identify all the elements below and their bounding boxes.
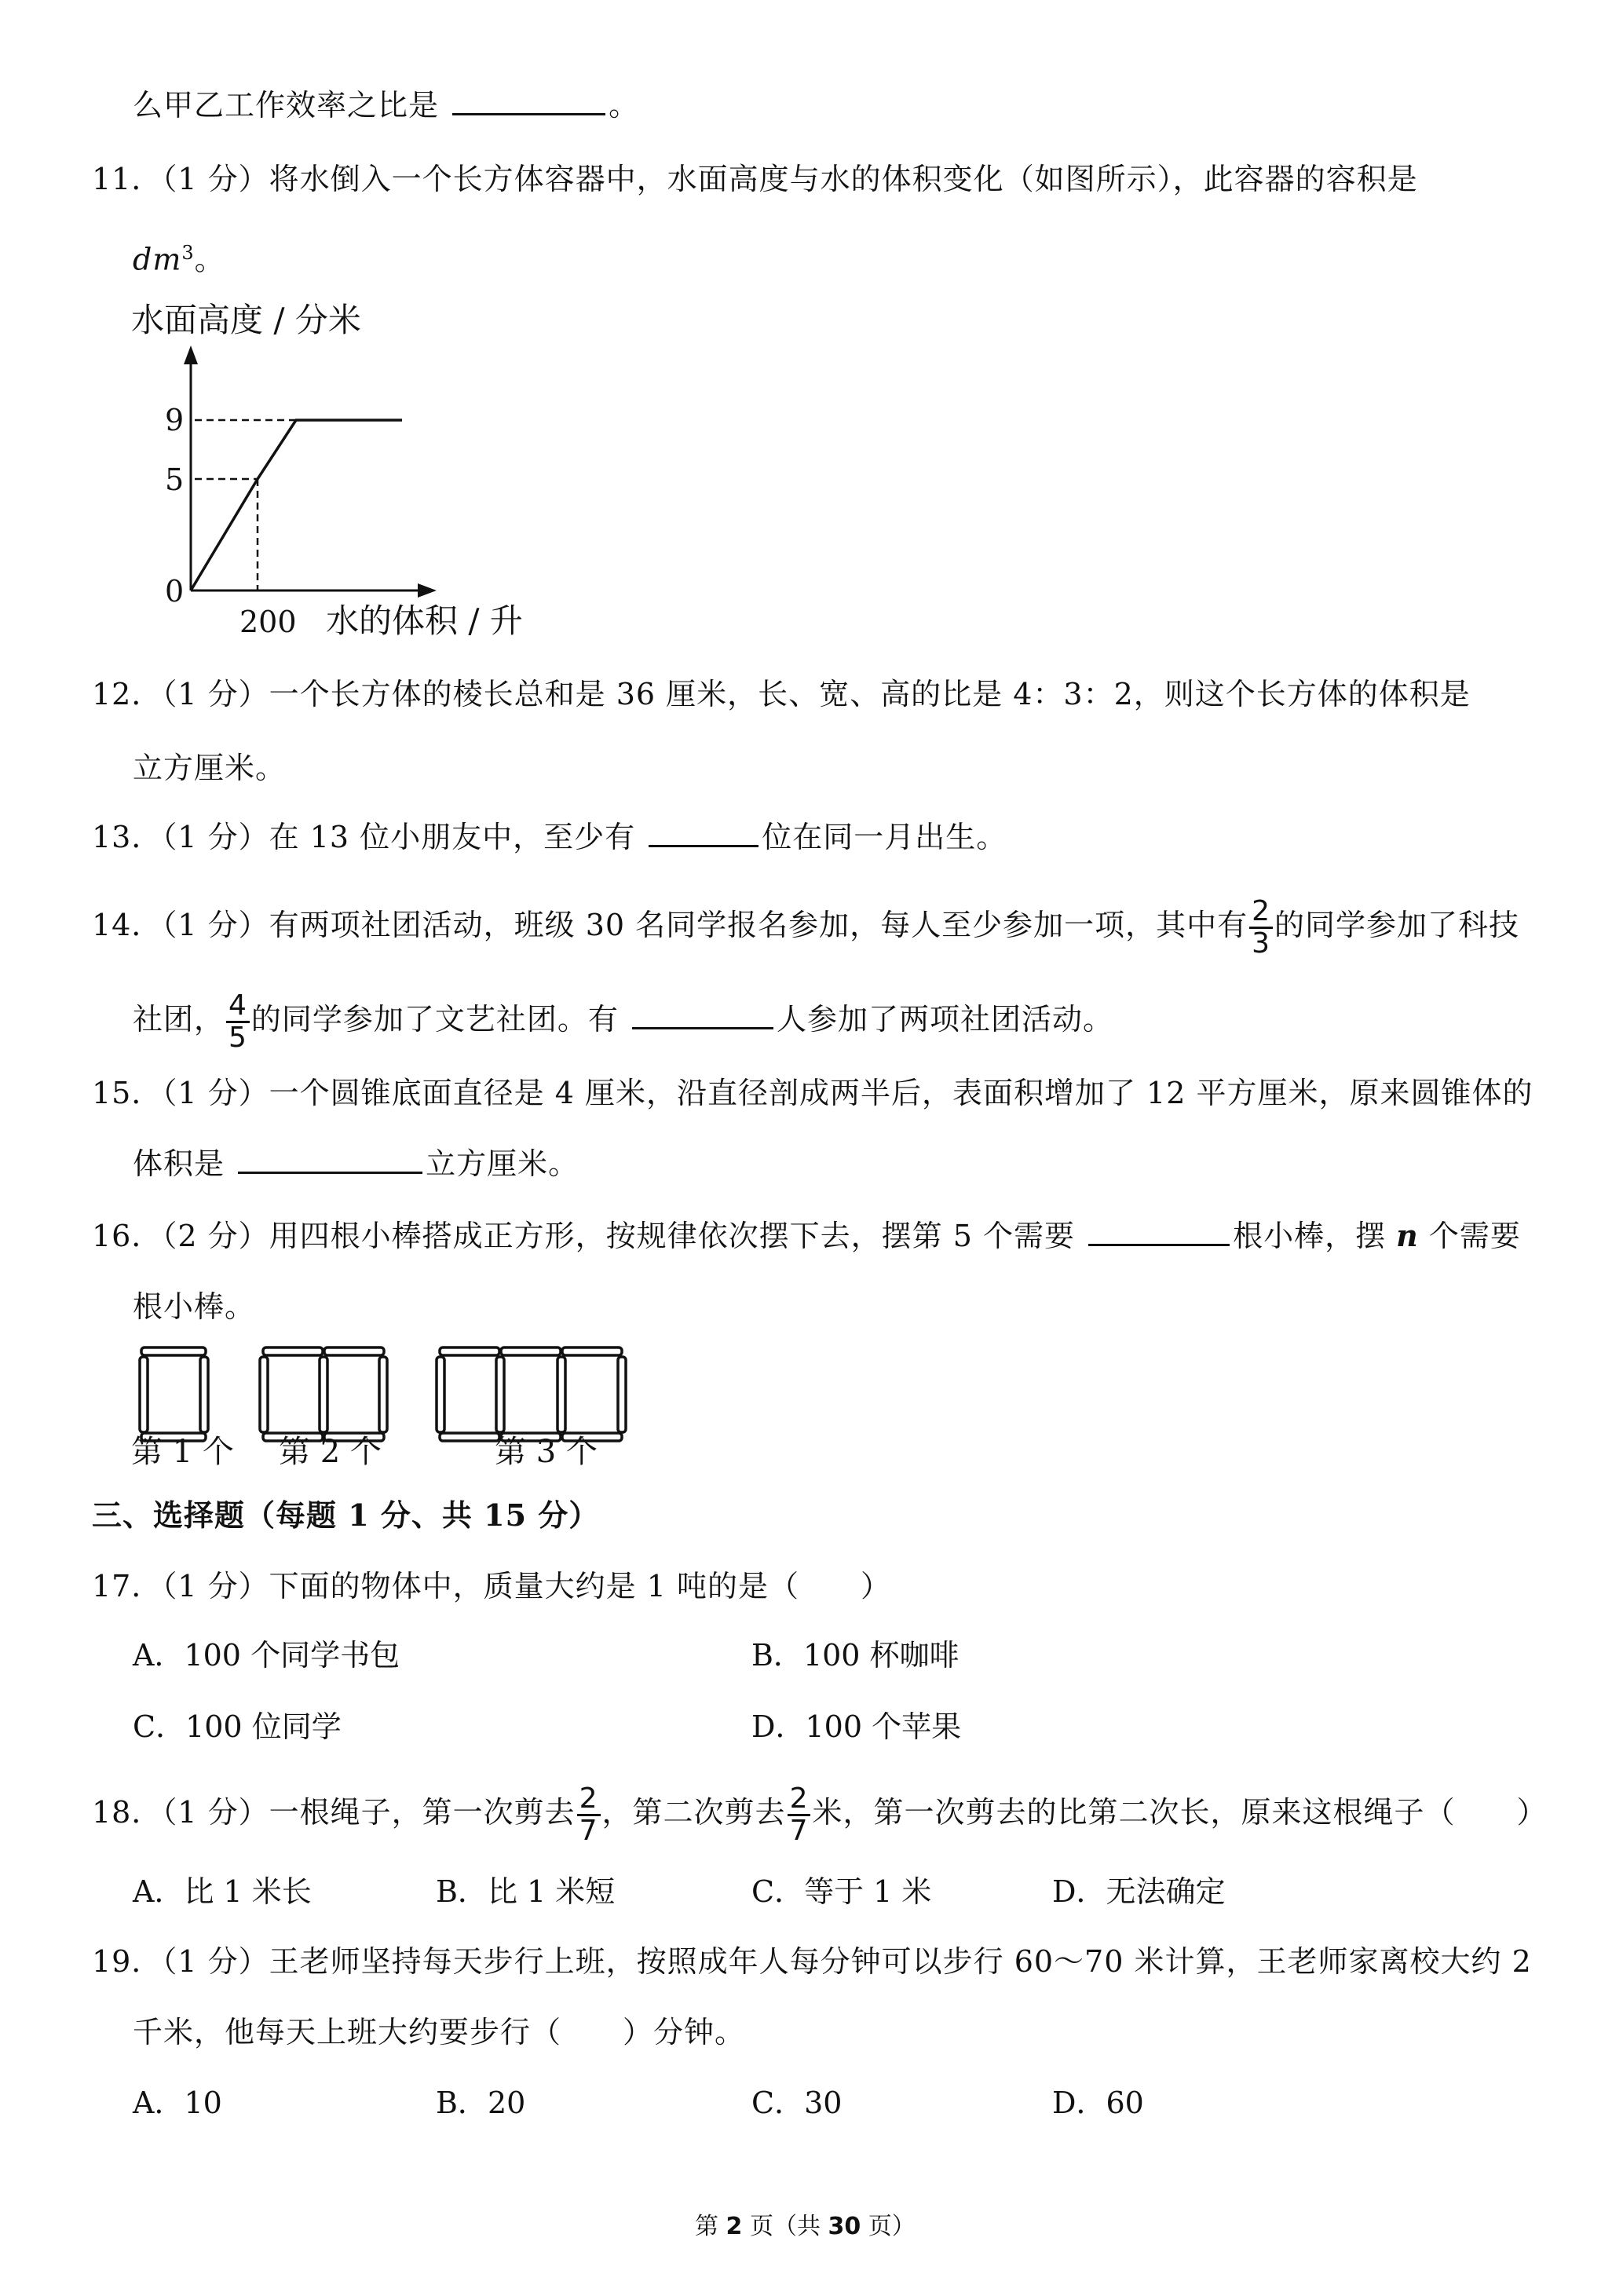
figure-label-2: 第 2 个 <box>279 1434 382 1470</box>
question-number: 14．（1 分） <box>92 908 269 942</box>
q12-text-2: 立方厘米。 <box>133 751 286 785</box>
unit: dm <box>133 243 181 277</box>
q11-text: 将水倒入一个长方体容器中，水面高度与水的体积变化（如图所示），此容器的容积是 <box>269 162 1418 196</box>
water-height-chart: 水面高度 / 分米 9 5 0 200 水的体积 / 升 <box>118 291 557 652</box>
q15-text-3: 立方厘米。 <box>426 1146 579 1181</box>
q17-option-d[interactable]: D．100 个苹果 <box>751 1708 961 1746</box>
q12-line2: 立方厘米。 <box>133 749 286 787</box>
answer-blank[interactable] <box>632 1000 773 1029</box>
q19-line1: 19．（1 分）王老师坚持每天步行上班，按照成年人每分钟可以步行 60～70 米… <box>92 1943 1532 1980</box>
question-number: 17．（1 分） <box>92 1569 269 1603</box>
q16-line1: 16．（2 分）用四根小棒搭成正方形，按规律依次摆下去，摆第 5 个需要 根小棒… <box>92 1217 1521 1255</box>
y-tick-0: 0 <box>165 574 184 609</box>
q14-text-3: 社团， <box>133 1002 225 1036</box>
q17-line: 17．（1 分）下面的物体中，质量大约是 1 吨的是（ ） <box>92 1567 891 1605</box>
unit-exponent: 3 <box>181 242 194 264</box>
q18-text-2: ，第二次剪去 <box>602 1795 786 1830</box>
punct: 。 <box>195 243 225 277</box>
q10-tail-text: 么甲乙工作效率之比是 <box>133 88 439 122</box>
q15-text: 一个圆锥底面直径是 4 厘米，沿直径剖成两半后，表面积增加了 12 平方厘米，原… <box>269 1076 1533 1110</box>
q13-text-2: 位在同一月出生。 <box>762 820 1007 854</box>
y-tick-9: 9 <box>165 403 184 437</box>
q16-text-3: 个需要 <box>1429 1219 1521 1253</box>
q13-text: 在 13 位小朋友中，至少有 <box>269 820 636 854</box>
question-number: 18．（1 分） <box>92 1795 269 1830</box>
q17-option-b[interactable]: B．100 杯咖啡 <box>751 1636 960 1674</box>
q19-option-d[interactable]: D．60 <box>1052 2084 1144 2122</box>
q19-text: 王老师坚持每天步行上班，按照成年人每分钟可以步行 60～70 米计算，王老师家离… <box>269 1944 1532 1979</box>
fraction: 23 <box>1249 897 1273 959</box>
fraction: 27 <box>577 1784 601 1846</box>
q16-text: 用四根小棒搭成正方形，按规律依次摆下去，摆第 5 个需要 <box>269 1219 1075 1253</box>
q19-option-b[interactable]: B．20 <box>436 2084 525 2122</box>
page-footer: 第 2 页（共 30 页） <box>695 2206 916 2241</box>
q10-tail-line: 么甲乙工作效率之比是 。 <box>133 86 639 124</box>
q15-line1: 15．（1 分）一个圆锥底面直径是 4 厘米，沿直径剖成两半后，表面积增加了 1… <box>92 1074 1533 1112</box>
fraction: 45 <box>226 991 250 1053</box>
q17-option-a[interactable]: A．100 个同学书包 <box>133 1636 400 1674</box>
data-line <box>191 420 402 590</box>
figure-label-1: 第 1 个 <box>131 1434 234 1470</box>
answer-blank[interactable] <box>649 818 758 847</box>
q18-line: 18．（1 分）一根绳子，第一次剪去27，第二次剪去27米，第一次剪去的比第二次… <box>92 1784 1547 1846</box>
answer-blank[interactable] <box>238 1145 422 1174</box>
q19-option-c[interactable]: C．30 <box>751 2084 842 2122</box>
q14-text-4: 的同学参加了文艺社团。有 <box>251 1002 619 1036</box>
q17-option-c[interactable]: C．100 位同学 <box>133 1708 342 1746</box>
question-number: 16．（2 分） <box>92 1219 269 1253</box>
answer-blank[interactable] <box>1088 1217 1230 1246</box>
section-heading: 三、选择题（每题 1 分、共 15 分） <box>92 1497 599 1534</box>
q18-option-c[interactable]: C．等于 1 米 <box>751 1873 931 1910</box>
page-total: 30 <box>828 2213 861 2240</box>
y-axis-arrow-icon <box>184 345 198 364</box>
punct: 。 <box>609 88 639 122</box>
q14-text: 有两项社团活动，班级 30 名同学报名参加，每人至少参加一项，其中有 <box>269 908 1248 942</box>
q14-text-5: 人参加了两项社团活动。 <box>777 1002 1113 1036</box>
q18-text: 一根绳子，第一次剪去 <box>269 1795 576 1830</box>
q19-option-a[interactable]: A．10 <box>133 2084 222 2122</box>
q15-text-2: 体积是 <box>133 1146 225 1181</box>
q12-line1: 12．（1 分）一个长方体的棱长总和是 36 厘米，长、宽、高的比是 4：3：2… <box>92 675 1471 713</box>
q13-line: 13．（1 分）在 13 位小朋友中，至少有 位在同一月出生。 <box>92 818 1007 856</box>
x-axis-label: 水的体积 / 升 <box>326 601 523 640</box>
q19-text-2: 千米，他每天上班大约要步行（ ）分钟。 <box>133 2015 745 2049</box>
question-number: 15．（1 分） <box>92 1076 269 1110</box>
stick-squares-figure: 第 1 个 第 2 个 第 3 个 <box>126 1335 660 1476</box>
q16-text-4: 根小棒。 <box>133 1289 255 1324</box>
q11-line2: dm3。 <box>133 234 225 279</box>
fraction: 27 <box>788 1784 811 1846</box>
q14-text-end: 的同学参加了科技 <box>1274 908 1519 942</box>
q14-line2: 社团，45的同学参加了文艺社团。有 人参加了两项社团活动。 <box>133 991 1113 1053</box>
q18-option-b[interactable]: B．比 1 米短 <box>436 1873 615 1910</box>
x-axis-arrow-icon <box>418 583 437 598</box>
y-axis-label: 水面高度 / 分米 <box>131 301 361 339</box>
q11-line1: 11．（1 分）将水倒入一个长方体容器中，水面高度与水的体积变化（如图所示），此… <box>92 160 1418 198</box>
q16-line2: 根小棒。 <box>133 1288 255 1325</box>
q18-text-3: 米，第一次剪去的比第二次长，原来这根绳子（ ） <box>812 1795 1547 1830</box>
q19-line2: 千米，他每天上班大约要步行（ ）分钟。 <box>133 2013 745 2051</box>
x-tick-200: 200 <box>239 605 297 639</box>
q17-text: 下面的物体中，质量大约是 1 吨的是（ ） <box>269 1569 891 1603</box>
q12-text: 一个长方体的棱长总和是 36 厘米，长、宽、高的比是 4：3：2，则这个长方体的… <box>269 677 1471 711</box>
page-number: 2 <box>726 2213 743 2240</box>
q16-text-2: 根小棒，摆 <box>1233 1219 1386 1253</box>
variable-n: n <box>1396 1218 1419 1253</box>
question-number: 11．（1 分） <box>92 162 269 196</box>
question-number: 12．（1 分） <box>92 677 269 711</box>
q14-line1: 14．（1 分）有两项社团活动，班级 30 名同学报名参加，每人至少参加一项，其… <box>92 897 1519 959</box>
question-number: 13．（1 分） <box>92 820 269 854</box>
q18-option-d[interactable]: D．无法确定 <box>1052 1873 1225 1910</box>
answer-blank[interactable] <box>452 86 605 115</box>
q15-line2: 体积是 立方厘米。 <box>133 1145 579 1183</box>
q18-option-a[interactable]: A．比 1 米长 <box>133 1873 312 1910</box>
question-number: 19．（1 分） <box>92 1944 269 1979</box>
y-tick-5: 5 <box>165 462 184 497</box>
figure-label-3: 第 3 个 <box>495 1434 598 1470</box>
